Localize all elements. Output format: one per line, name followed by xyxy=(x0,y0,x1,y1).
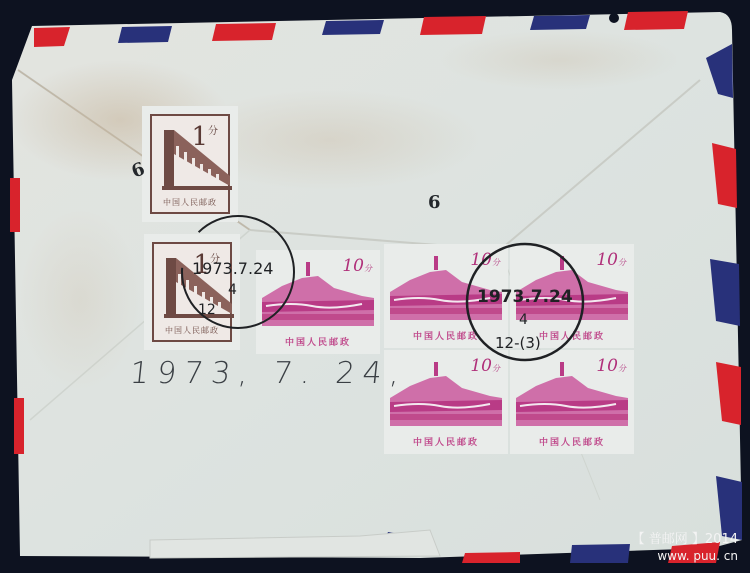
stamp-denomination: 1分 xyxy=(191,122,218,152)
stamp-inscription: 中国人民邮政 xyxy=(152,197,228,208)
stamp-denomination: 10分 xyxy=(342,256,372,276)
stamp-denomination: 10分 xyxy=(470,356,500,376)
stamp-inscription: 中国人民邮政 xyxy=(510,329,634,342)
stamp-10-fen: 10分 中国人民邮政 xyxy=(384,244,508,348)
stamp-inscription: 中国人民邮政 xyxy=(384,329,508,342)
stamp-inscription: 中国人民邮政 xyxy=(384,435,508,448)
stamp-denomination: 1分 xyxy=(193,250,220,280)
watermark: 【 普邮网 】2014 www. puu. cn xyxy=(632,531,738,565)
watermark-url: www. puu. cn xyxy=(632,548,738,565)
stamp-10-fen: 10分 中国人民邮政 xyxy=(510,244,634,348)
stamp-1-fen-top: 1分 中国人民邮政 xyxy=(142,106,238,222)
pencil-mark: 6 xyxy=(428,192,441,213)
handwritten-date: 1973, 7. 24, xyxy=(128,356,409,391)
stamp-inscription: 中国人民邮政 xyxy=(510,435,634,448)
stamp-denomination: 10分 xyxy=(470,250,500,270)
stamp-inscription: 中国人民邮政 xyxy=(256,335,380,348)
stamp-1-fen-bottom: 1分 中国人民邮政 xyxy=(144,234,240,350)
stamp-denomination: 10分 xyxy=(596,356,626,376)
stamp-10-fen: 10分 中国人民邮政 xyxy=(256,250,380,354)
stamp-inscription: 中国人民邮政 xyxy=(154,325,230,336)
watermark-site: 【 普邮网 】2014 xyxy=(632,531,738,548)
stamp-10-fen: 10分 中国人民邮政 xyxy=(510,350,634,454)
stamp-denomination: 10分 xyxy=(596,250,626,270)
